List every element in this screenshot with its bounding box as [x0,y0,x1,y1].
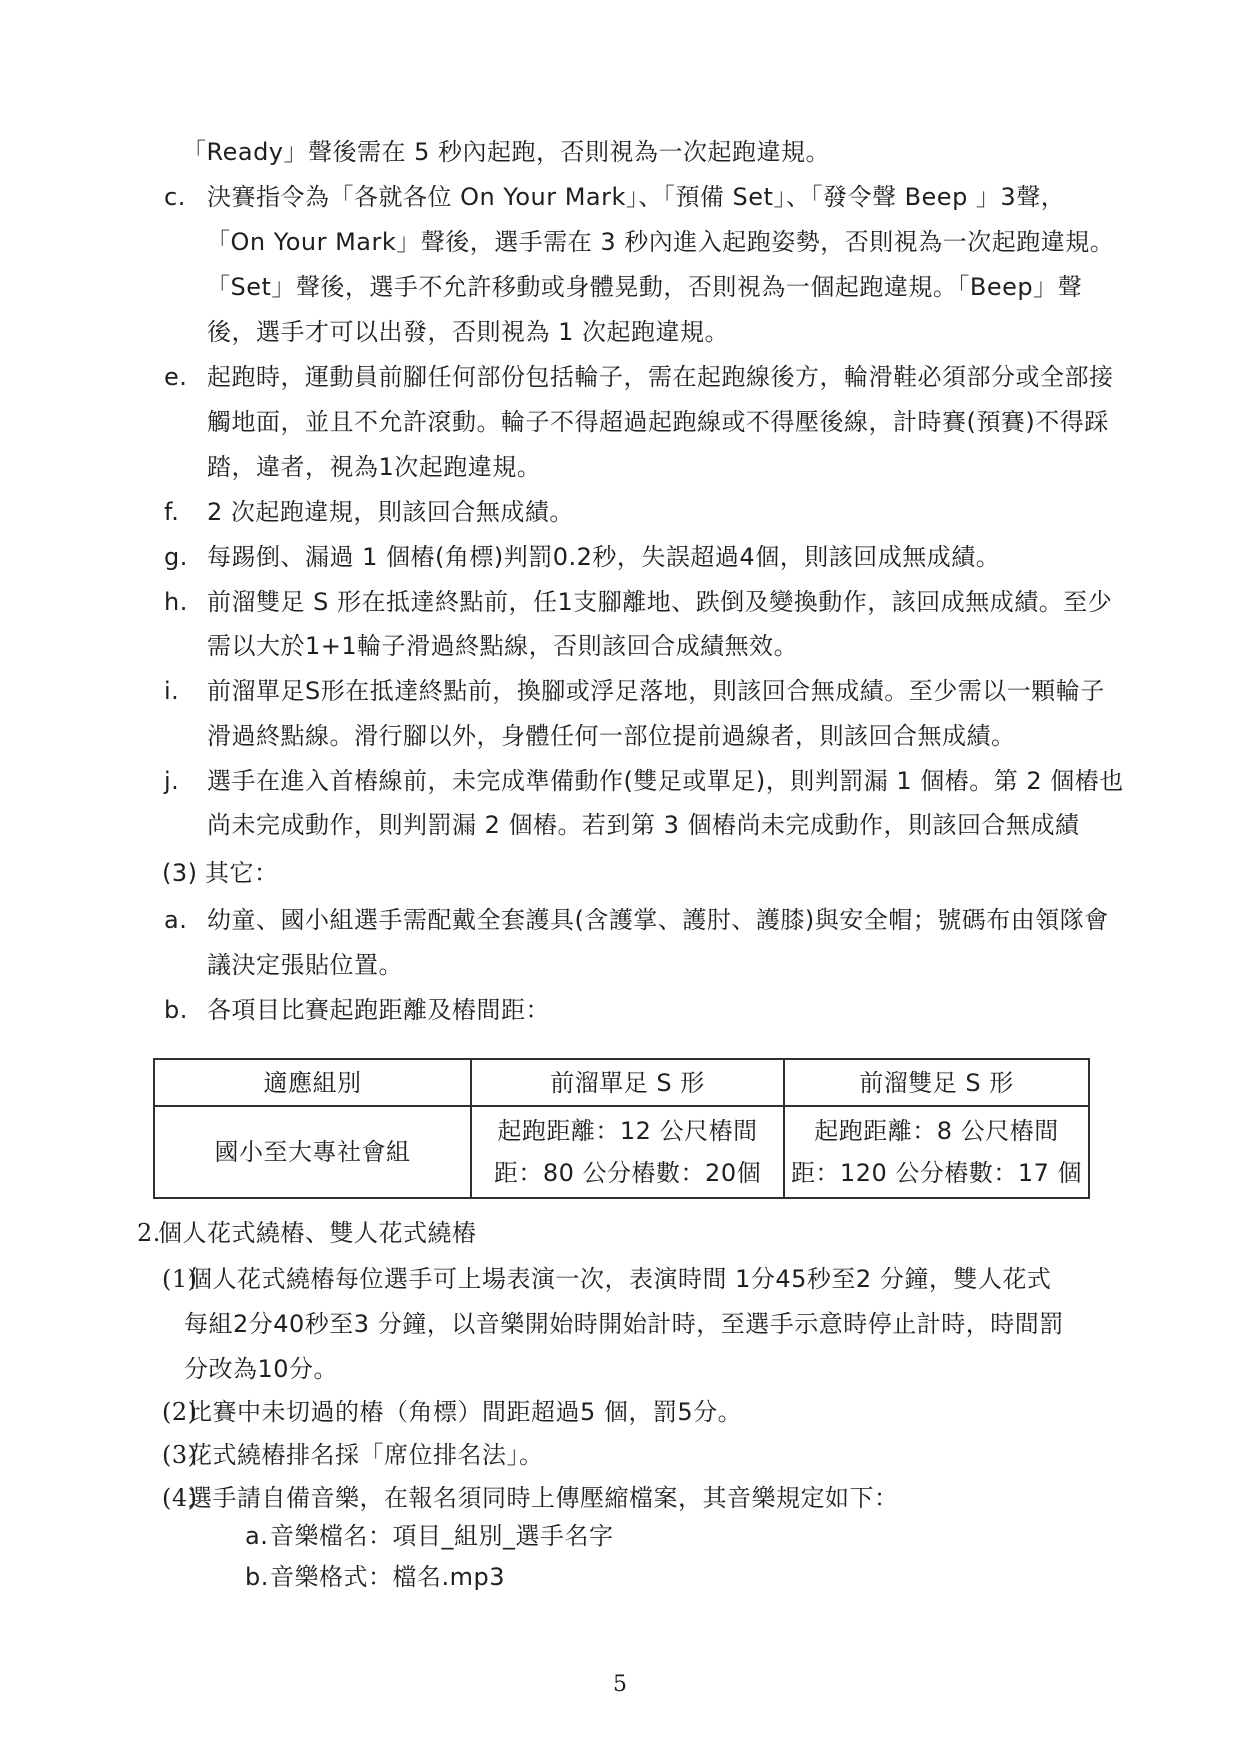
list-item: (3)花式繞樁排名採「席位排名法」。 [162,1440,544,1470]
text-line: 分改為10分。 [184,1354,338,1384]
line-text: 分改為10分。 [184,1354,338,1384]
list-item: a.音樂檔名：項目_組別_選手名字 [245,1521,614,1551]
header-text: 前溜單足 S 形 [550,1062,705,1104]
text-line: 議決定張貼位置。 [207,950,403,980]
line-text: 「Ready」聲後需在 5 秒內起跑，否則視為一次起跑違規。 [182,137,830,167]
list-item: e.起跑時，運動員前腳任何部份包括輪子，需在起跑線後方，輪滑鞋必須部分或全部接 [164,362,1114,392]
line-text: 前溜單足S形在抵達終點前，換腳或浮足落地，則該回合無成績。至少需以一顆輪子 [207,676,1105,706]
list-item: b.音樂格式：檔名.mp3 [245,1562,505,1592]
table-cell: 起跑距離：12 公尺樁間 距：80 公分樁數：20個 [470,1105,783,1197]
list-item: h.前溜雙足 S 形在抵達終點前，任1支腳離地、跌倒及變換動作，該回成無成績。至… [164,587,1112,617]
page-number: 5 [560,1672,680,1697]
cell-text: 國小至大專社會組 [215,1131,411,1173]
text-line: 「On Your Mark」聲後，選手需在 3 秒內進入起跑姿勢，否則視為一次起… [206,227,1114,257]
line-text: 每踢倒、漏過 1 個樁(角標)判罰0.2秒，失誤超過4個，則該回成無成績。 [207,542,1000,572]
list-marker: b. [164,995,207,1025]
list-item: 2.個人花式繞樁、雙人花式繞樁 [137,1218,477,1248]
line-text: 音樂格式：檔名.mp3 [270,1562,505,1592]
list-item: a.幼童、國小組選手需配戴全套護具(含護掌、護肘、護膝)與安全帽；號碼布由領隊會 [164,905,1109,935]
list-item: c.決賽指令為「各就各位 On Your Mark」、「預備 Set」、「發令聲… [164,182,1065,212]
line-text: 滑過終點線。滑行腳以外，身體任何一部位提前過線者，則該回合無成績。 [207,721,1016,751]
cell-text: 距：120 公分樁數：17 個 [791,1152,1082,1194]
list-marker: e. [164,362,207,392]
line-text: 音樂檔名：項目_組別_選手名字 [270,1521,614,1551]
header-text: 適應組別 [264,1062,362,1104]
line-text: 前溜雙足 S 形在抵達終點前，任1支腳離地、跌倒及變換動作，該回成無成績。至少 [207,587,1112,617]
table-cell: 起跑距離：8 公尺樁間 距：120 公分樁數：17 個 [783,1105,1088,1197]
list-item: (2)比賽中未切過的樁（角標）間距超過5 個，罰5分。 [162,1397,742,1427]
table-header-cell: 適應組別 [155,1060,470,1105]
list-marker: (3) [162,858,205,888]
list-item: b.各項目比賽起跑距離及樁間距： [164,995,550,1025]
list-marker: (4) [162,1483,188,1513]
line-text: 「On Your Mark」聲後，選手需在 3 秒內進入起跑姿勢，否則視為一次起… [206,227,1114,257]
list-marker: c. [164,182,207,212]
text-line: 滑過終點線。滑行腳以外，身體任何一部位提前過線者，則該回合無成績。 [207,721,1016,751]
table-cell: 國小至大專社會組 [155,1105,470,1197]
list-item: (4)選手請自備音樂，在報名須同時上傳壓縮檔案，其音樂規定如下： [162,1483,899,1513]
line-text: 「Set」聲後，選手不允許移動或身體晃動，否則視為一個起跑違規。「Beep」聲 [206,272,1082,302]
text-line: 「Ready」聲後需在 5 秒內起跑，否則視為一次起跑違規。 [182,137,830,167]
line-text: 幼童、國小組選手需配戴全套護具(含護掌、護肘、護膝)與安全帽；號碼布由領隊會 [207,905,1109,935]
line-text: 選手在進入首樁線前，未完成準備動作(雙足或單足)，則判罰漏 1 個樁。第 2 個… [207,766,1124,796]
rules-table: 適應組別 前溜單足 S 形 前溜雙足 S 形 國小至大專社會組 起跑距離：12 … [153,1058,1090,1199]
text-line: 需以大於1+1輪子滑過終點線，否則該回合成績無效。 [207,631,798,661]
line-text: 起跑時，運動員前腳任何部份包括輪子，需在起跑線後方，輪滑鞋必須部分或全部接 [207,362,1114,392]
list-marker: j. [164,766,207,796]
text-line: 觸地面，並且不允許滾動。輪子不得超過起跑線或不得壓後線，計時賽(預賽)不得踩 [207,407,1109,437]
line-text: 觸地面，並且不允許滾動。輪子不得超過起跑線或不得壓後線，計時賽(預賽)不得踩 [207,407,1109,437]
line-text: 花式繞樁排名採「席位排名法」。 [188,1440,544,1470]
line-text: 決賽指令為「各就各位 On Your Mark」、「預備 Set」、「發令聲 B… [207,182,1065,212]
text-line: 踏，違者，視為1次起跑違規。 [207,452,541,482]
line-text: 個人花式繞樁每位選手可上場表演一次，表演時間 1分45秒至2 分鐘，雙人花式 [188,1264,1051,1294]
list-item: f.2 次起跑違規，則該回合無成績。 [164,497,574,527]
line-text: 踏，違者，視為1次起跑違規。 [207,452,541,482]
line-text: 每組2分40秒至3 分鐘，以音樂開始時開始計時，至選手示意時停止計時，時間罰 [184,1309,1064,1339]
list-item: i.前溜單足S形在抵達終點前，換腳或浮足落地，則該回合無成績。至少需以一顆輪子 [164,676,1105,706]
list-item: g.每踢倒、漏過 1 個樁(角標)判罰0.2秒，失誤超過4個，則該回成無成績。 [164,542,1000,572]
list-item: j.選手在進入首樁線前，未完成準備動作(雙足或單足)，則判罰漏 1 個樁。第 2… [164,766,1124,796]
list-item: (1)個人花式繞樁每位選手可上場表演一次，表演時間 1分45秒至2 分鐘，雙人花… [162,1264,1051,1294]
line-text: 比賽中未切過的樁（角標）間距超過5 個，罰5分。 [188,1397,742,1427]
line-text: 需以大於1+1輪子滑過終點線，否則該回合成績無效。 [207,631,798,661]
list-marker: f. [164,497,207,527]
text-line: 每組2分40秒至3 分鐘，以音樂開始時開始計時，至選手示意時停止計時，時間罰 [184,1309,1064,1339]
text-line: 後，選手才可以出發，否則視為 1 次起跑違規。 [207,317,729,347]
table-header-cell: 前溜雙足 S 形 [783,1060,1088,1105]
document-page: 「Ready」聲後需在 5 秒內起跑，否則視為一次起跑違規。 c.決賽指令為「各… [0,0,1241,1755]
line-text: 各項目比賽起跑距離及樁間距： [207,995,550,1025]
text-line: 「Set」聲後，選手不允許移動或身體晃動，否則視為一個起跑違規。「Beep」聲 [206,272,1082,302]
list-marker: a. [245,1521,270,1551]
table-header-cell: 前溜單足 S 形 [470,1060,783,1105]
list-marker: 2. [137,1218,158,1248]
list-marker: (2) [162,1397,188,1427]
line-text: 2 次起跑違規，則該回合無成績。 [207,497,574,527]
text-line: 尚未完成動作，則判罰漏 2 個樁。若到第 3 個樁尚未完成動作，則該回合無成績 [207,810,1080,840]
list-marker: (3) [162,1440,188,1470]
line-text: 議決定張貼位置。 [207,950,403,980]
list-marker: b. [245,1562,270,1592]
list-marker: a. [164,905,207,935]
cell-text: 距：80 公分樁數：20個 [494,1152,761,1194]
list-item: (3)其它： [162,858,279,888]
list-marker: g. [164,542,207,572]
line-text: 後，選手才可以出發，否則視為 1 次起跑違規。 [207,317,729,347]
cell-text: 起跑距離：12 公尺樁間 [497,1110,757,1152]
list-marker: i. [164,676,207,706]
line-text: 其它： [205,858,279,888]
line-text: 尚未完成動作，則判罰漏 2 個樁。若到第 3 個樁尚未完成動作，則該回合無成績 [207,810,1080,840]
cell-text: 起跑距離：8 公尺樁間 [814,1110,1058,1152]
list-marker: h. [164,587,207,617]
list-marker: (1) [162,1264,188,1294]
header-text: 前溜雙足 S 形 [859,1062,1014,1104]
line-text: 個人花式繞樁、雙人花式繞樁 [158,1218,477,1248]
line-text: 選手請自備音樂，在報名須同時上傳壓縮檔案，其音樂規定如下： [188,1483,899,1513]
